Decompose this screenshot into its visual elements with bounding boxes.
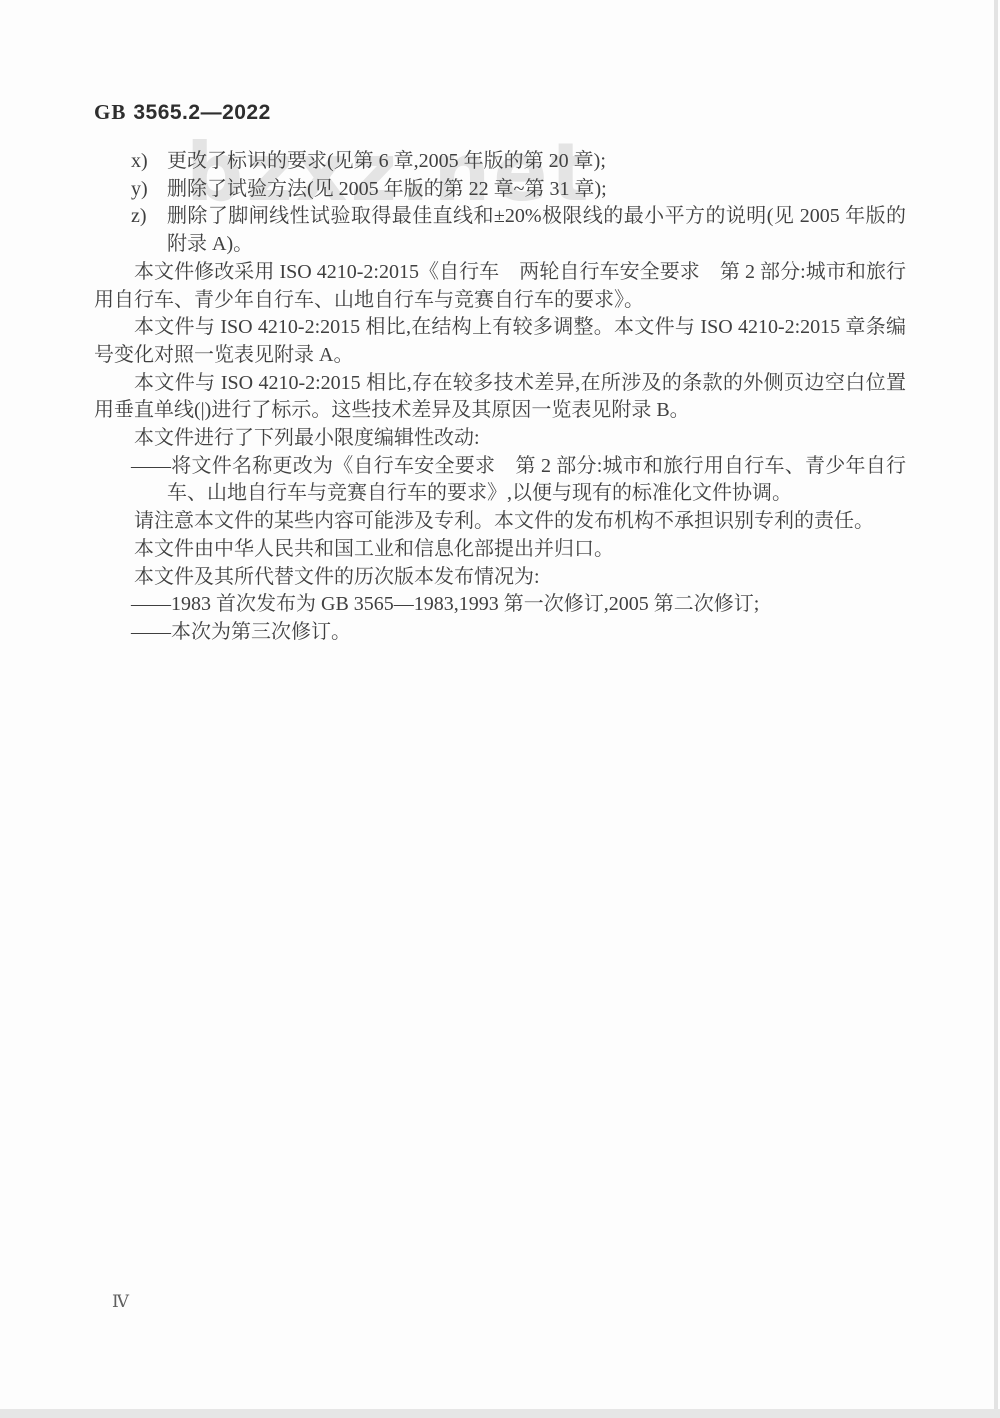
revision-item-text: 删除了试验方法(见 2005 年版的第 22 章~第 31 章); (167, 178, 607, 200)
body-paragraphs: 本文件修改采用 ISO 4210-2:2015《自行车 两轮自行车安全要求 第 … (94, 259, 906, 453)
editorial-change-item: ——将文件名称更改为《自行车安全要求 第 2 部分:城市和旅行用自行车、青少年自… (94, 453, 906, 508)
editorial-change-list: ——将文件名称更改为《自行车安全要求 第 2 部分:城市和旅行用自行车、青少年自… (94, 453, 906, 508)
revision-list-item: y)删除了试验方法(见 2005 年版的第 22 章~第 31 章); (94, 176, 906, 204)
revision-list-item: z)删除了脚闸线性试验取得最佳直线和±20%极限线的最小平方的说明(见 2005… (94, 203, 906, 258)
revision-item-text: 更改了标识的要求(见第 6 章,2005 年版的第 20 章); (167, 150, 606, 172)
standard-code-header: GB3565.2—2022 (94, 100, 271, 125)
standard-prefix: GB (94, 100, 126, 124)
revision-item-label: x) (131, 148, 148, 176)
publication-history-list: ——1983 首次发布为 GB 3565—1983,1993 第一次修订,200… (94, 591, 906, 646)
body-paragraph: 本文件与 ISO 4210-2:2015 相比,在结构上有较多调整。本文件与 I… (94, 314, 906, 369)
closing-paragraph: 本文件及其所代替文件的历次版本发布情况为: (94, 564, 906, 592)
closing-paragraph: 本文件由中华人民共和国工业和信息化部提出并归口。 (94, 536, 906, 564)
page-scan-right-edge (994, 0, 998, 1409)
body-paragraph: 本文件与 ISO 4210-2:2015 相比,存在较多技术差异,在所涉及的条款… (94, 370, 906, 425)
page-scan-bottom-edge (0, 1409, 1000, 1418)
revision-item-label: z) (131, 203, 147, 231)
revision-item-text: 删除了脚闸线性试验取得最佳直线和±20%极限线的最小平方的说明(见 2005 年… (167, 205, 906, 255)
standard-number: 3565.2—2022 (133, 101, 270, 124)
closing-paragraphs: 请注意本文件的某些内容可能涉及专利。本文件的发布机构不承担识别专利的责任。本文件… (94, 508, 906, 591)
closing-paragraph: 请注意本文件的某些内容可能涉及专利。本文件的发布机构不承担识别专利的责任。 (94, 508, 906, 536)
foreword-content: x)更改了标识的要求(见第 6 章,2005 年版的第 20 章); y)删除了… (94, 148, 906, 647)
publication-history-item: ——1983 首次发布为 GB 3565—1983,1993 第一次修订,200… (94, 591, 906, 619)
revision-item-label: y) (131, 176, 148, 204)
body-paragraph: 本文件进行了下列最小限度编辑性改动: (94, 425, 906, 453)
revision-list: x)更改了标识的要求(见第 6 章,2005 年版的第 20 章); y)删除了… (94, 148, 906, 259)
document-page: bzxz.net GB3565.2—2022 x)更改了标识的要求(见第 6 章… (0, 0, 1000, 1418)
body-paragraph: 本文件修改采用 ISO 4210-2:2015《自行车 两轮自行车安全要求 第 … (94, 259, 906, 314)
publication-history-item: ——本次为第三次修订。 (94, 619, 906, 647)
page-number: Ⅳ (112, 1292, 129, 1312)
revision-list-item: x)更改了标识的要求(见第 6 章,2005 年版的第 20 章); (94, 148, 906, 176)
